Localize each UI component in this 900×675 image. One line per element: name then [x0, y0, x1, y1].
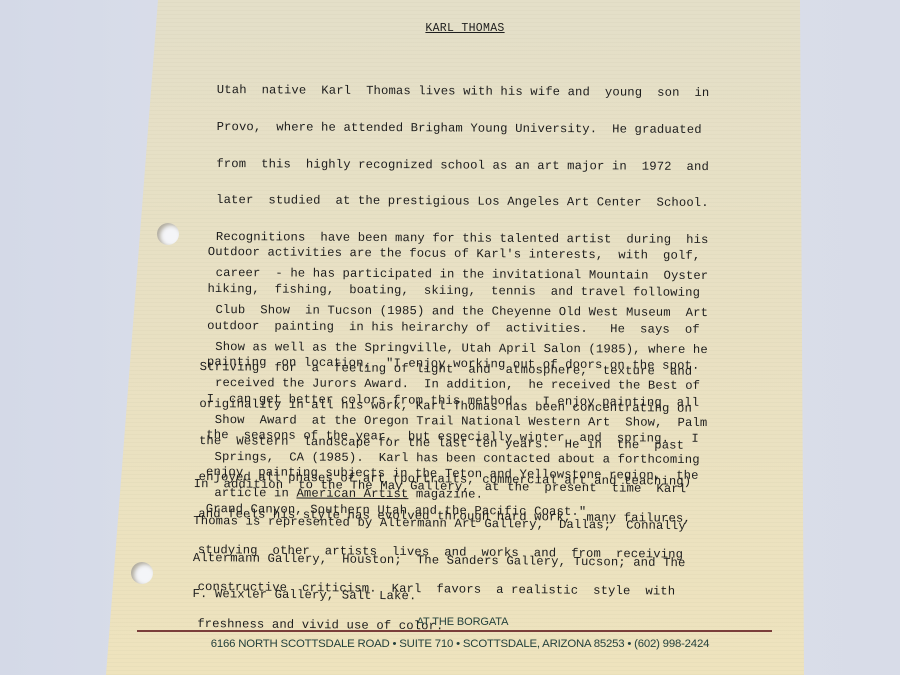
text-line: hiking, fishing, boating, skiing, tennis…	[207, 283, 700, 299]
text-line: Thomas is represented by Altermann Art G…	[193, 515, 686, 532]
text-line: the Western landscape for the last ten y…	[199, 435, 692, 452]
text-line: In addition to the The May Gallery, at t…	[194, 478, 687, 495]
paragraph-galleries: In addition to the The May Gallery, at t…	[192, 454, 686, 630]
text-line: Provo, where he attended Brigham Young U…	[217, 121, 710, 136]
letterhead-divider	[137, 630, 772, 632]
text-line: from this highly recognized school as an…	[216, 158, 709, 173]
punch-hole-icon	[131, 562, 153, 584]
text-line: outdoor painting in his heirarchy of act…	[207, 320, 700, 336]
text-line: Altermann Gallery, Houston; The Sanders …	[193, 552, 686, 569]
text-line: Outdoor activities are the focus of Karl…	[208, 246, 701, 262]
punch-hole-icon	[157, 223, 179, 245]
letterhead-address: 6166 NORTH SCOTTSDALE ROAD • SUITE 710 •…	[0, 638, 900, 650]
letterhead-location: AT THE BORGATA	[0, 616, 900, 628]
photo-scene: KARL THOMAS Utah native Karl Thomas live…	[0, 0, 900, 675]
text-line: F. Weixler Gallery, Salt Lake.	[192, 588, 685, 605]
document-heading: KARL THOMAS	[0, 22, 900, 35]
text-line: Striving for a feeling of light and atmo…	[200, 361, 693, 378]
text-line: Utah native Karl Thomas lives with his w…	[217, 84, 710, 99]
text-line: later studied at the prestigious Los Ang…	[216, 194, 709, 209]
text-line: originality in all his work, Karl Thomas…	[199, 398, 692, 415]
